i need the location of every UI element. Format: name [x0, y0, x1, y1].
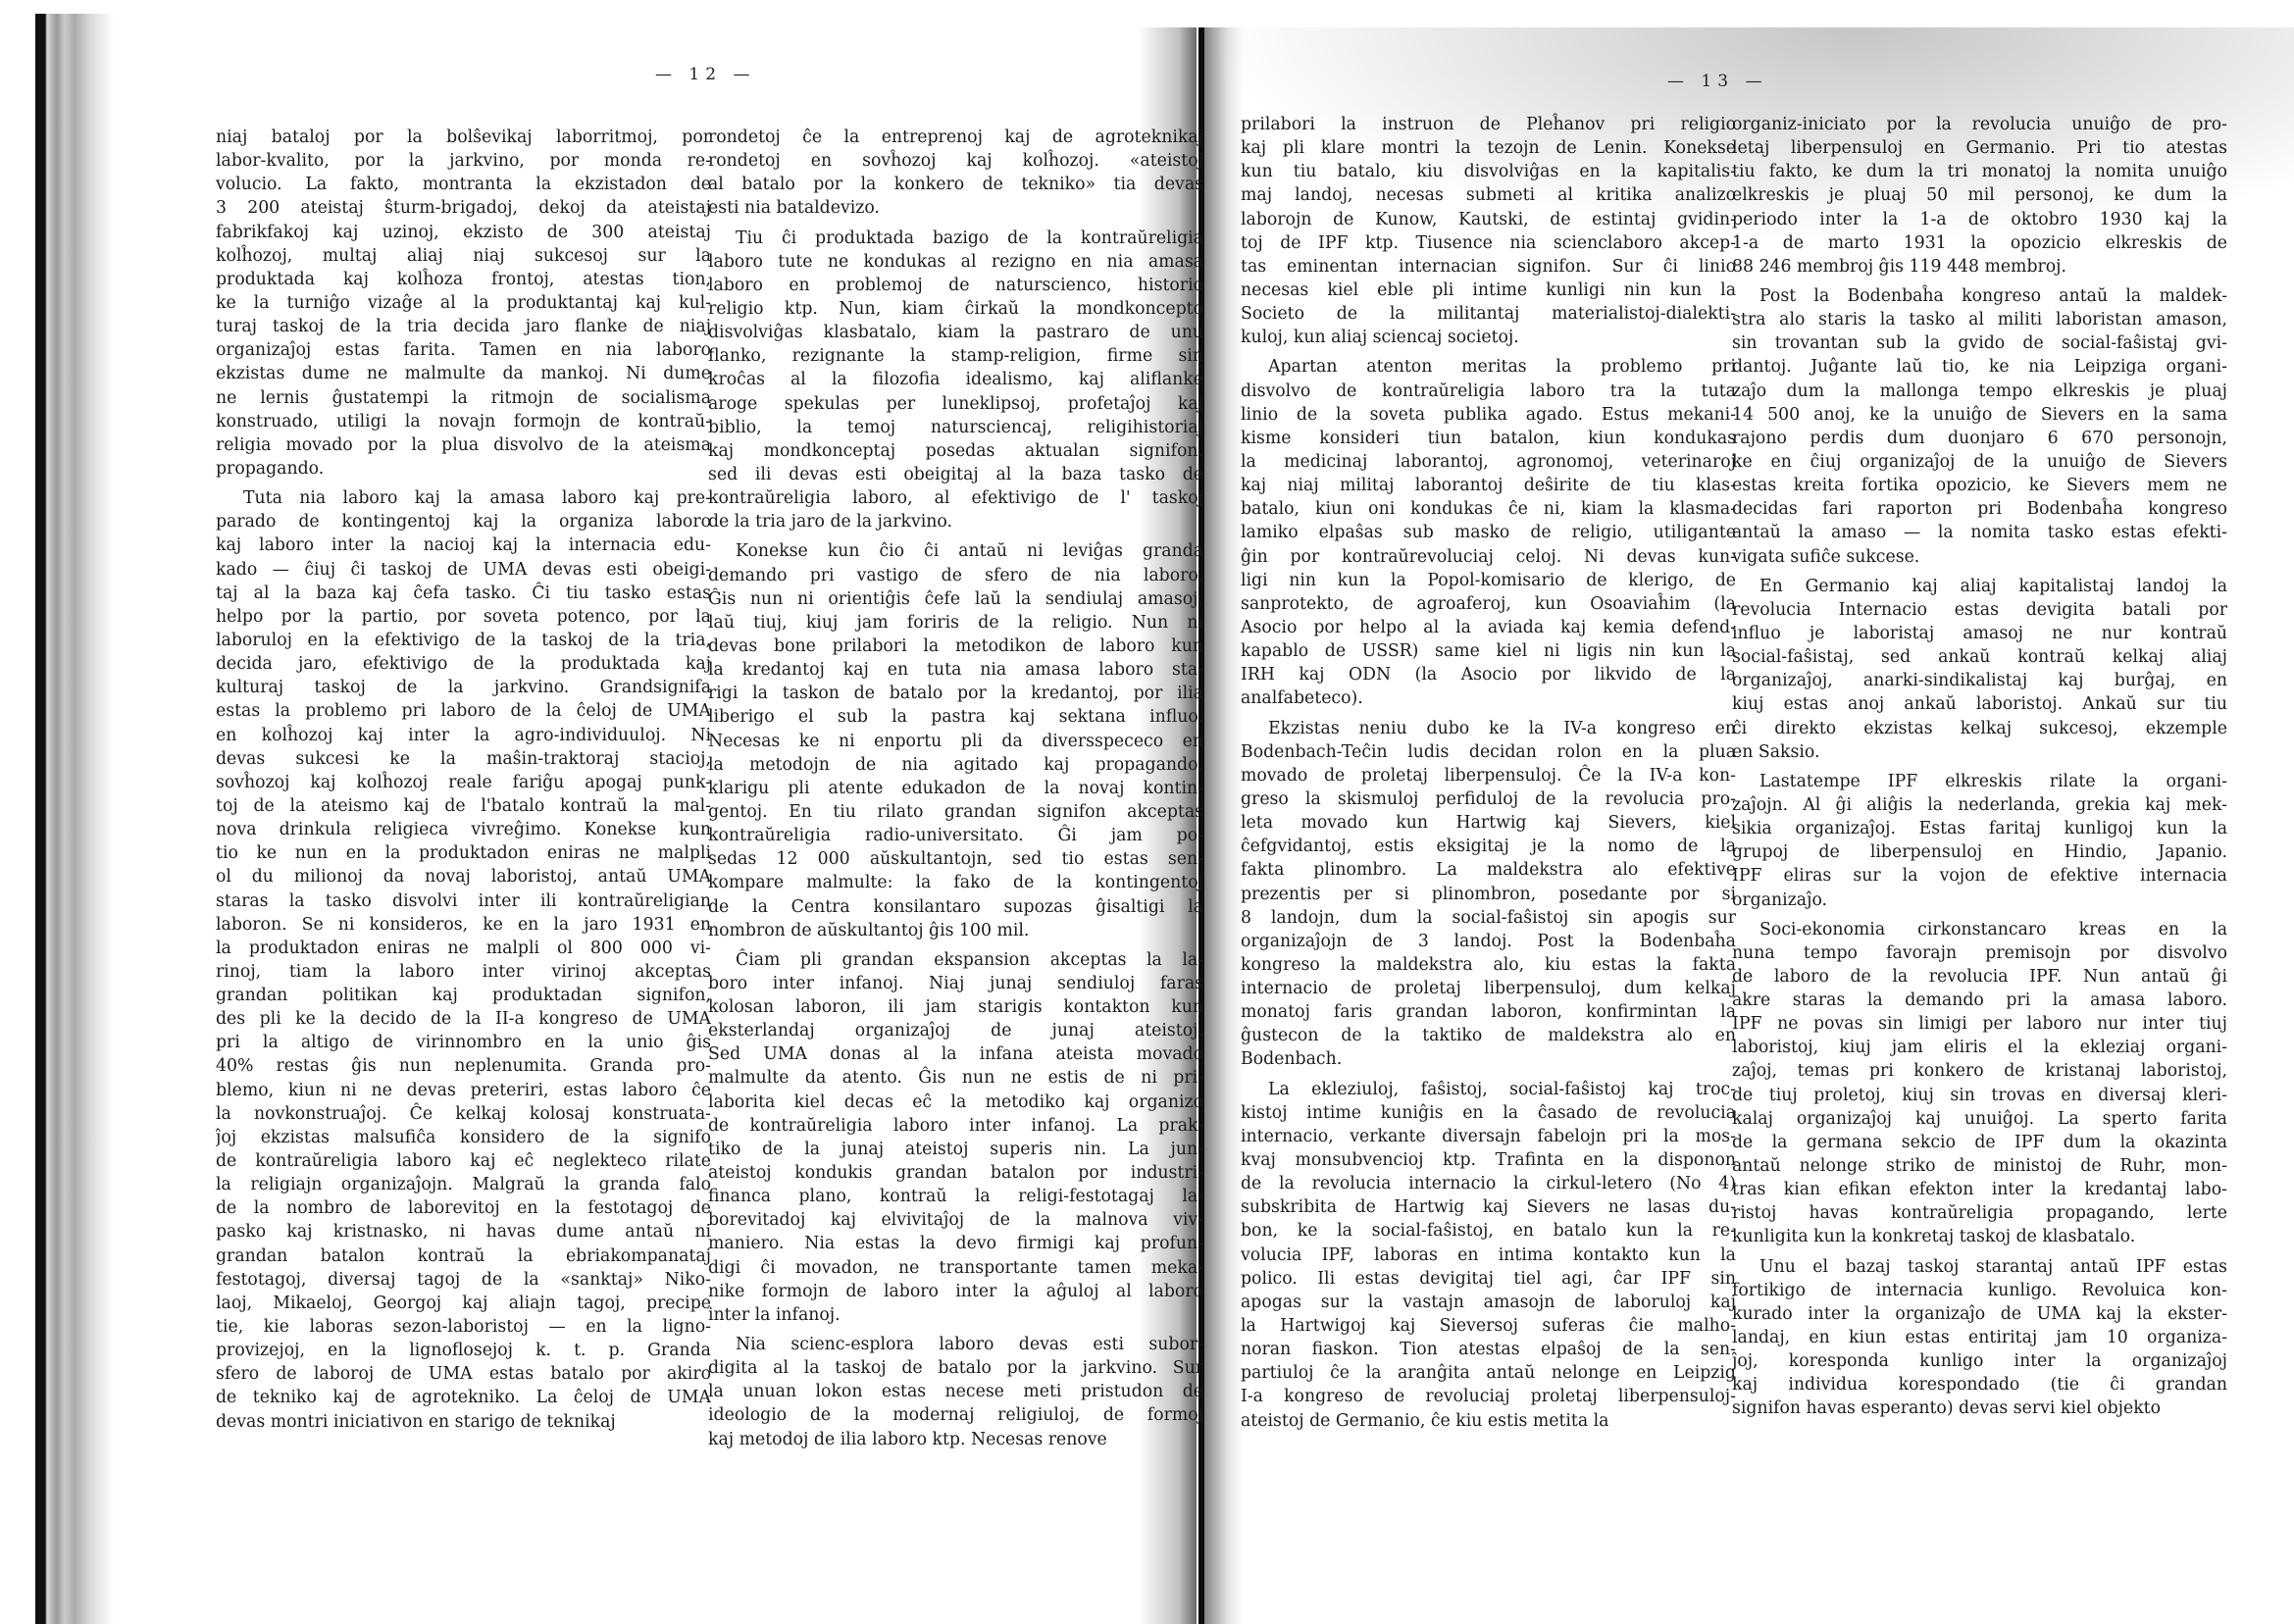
paragraph: Apartan atenton meritas la problemo prid… [1241, 355, 1736, 710]
text-line: kroĉas al la filozofia idealismo, kaj al… [708, 368, 1203, 391]
text-line: nuna tempo favorajn premisojn por disvol… [1732, 941, 2227, 965]
text-line: prilabori la instruon de Pleĥanov pri re… [1241, 113, 1736, 136]
text-line: grandan politikan kaj produktadan signif… [216, 984, 711, 1007]
text-line: ekzistas dume ne malmulte da mankoj. Ni … [216, 362, 711, 385]
text-line: La ekleziuloj, faŝistoj, social-faŝistoj… [1241, 1078, 1736, 1101]
text-line: internacio de proletaj liberpensuloj, du… [1241, 977, 1736, 1000]
text-line: organizaĵo. [1732, 888, 2227, 912]
text-line: flanko, rezignante la stamp-religion, fi… [708, 344, 1203, 368]
text-line: IPF eliras sur la vojon de efektive inte… [1732, 864, 2227, 888]
text-line: gentoj. En tiu rilato grandan signifon a… [708, 800, 1203, 824]
text-line: ol du milionoj da novaj laboristoj, anta… [216, 865, 711, 888]
text-line: laŭ tiuj, kiuj jam foriris de la religio… [708, 611, 1203, 634]
text-line: greso la skismuloj perfiduloj de la revo… [1241, 787, 1736, 811]
text-line: sanprotekto, de agroaferoj, kun Osoaviaĥ… [1241, 592, 1736, 616]
text-line: decida jaro, efektivigo de la produktada… [216, 652, 711, 676]
text-line: de tekniko kaj de agrotekniko. La ĉeloj … [216, 1386, 711, 1409]
text-line: batalo, kiun oni kondukas ĉe ni, kiam la… [1241, 497, 1736, 521]
text-line: 8 landojn, dum la social-faŝistoj sin ap… [1241, 906, 1736, 930]
text-line: kun tiu batalo, kiu disvolviĝas en la ka… [1241, 160, 1736, 183]
text-line: laboristoj, kiuj jam eliris el la eklezi… [1732, 1036, 2227, 1059]
text-line: devas bone prilabori la metodikon de lab… [708, 634, 1203, 658]
text-line: ĉi direkto ekzistas kelkaj sukcesoj, ekz… [1732, 717, 2227, 740]
text-line: tie, kie laboras sezon-laboristoj — en l… [216, 1315, 711, 1339]
text-line: parado de kontingentoj kaj la organiza l… [216, 510, 711, 533]
text-line: laboron. Se ni konsideros, ke en la jaro… [216, 913, 711, 937]
paragraph: Nia scienc-esplora laboro devas esti sub… [708, 1333, 1203, 1451]
text-line: I-a kongreso de revoluciaj proletaj libe… [1241, 1385, 1736, 1408]
text-line: la unuan lokon estas necese meti pristud… [708, 1380, 1203, 1403]
paragraph: Unu el bazaj taskoj starantaj antaŭ IPF … [1732, 1255, 2227, 1421]
text-line: klarigu pli atente edukadon de la novaj … [708, 777, 1203, 800]
text-line: 88 246 membroj ĝis 119 448 membroj. [1732, 255, 2227, 279]
text-line: laborojn de Kunow, Kautski, de estintaj … [1241, 208, 1736, 231]
right-page-column-2: organiz-iniciato por la revolucia unuiĝo… [1732, 113, 2227, 1421]
text-line: staras la tasko disvolvi inter ili kontr… [216, 889, 711, 913]
text-line: laboro en problemoj de naturscienco, his… [708, 274, 1203, 297]
text-line: partiuloj ĉe la aranĝita antaŭ nelonge e… [1241, 1361, 1736, 1385]
text-line: religia movado por la plua disvolvo de l… [216, 433, 711, 457]
text-line: organizaĵoj, anarki-sindikalistaj kaj bu… [1732, 669, 2227, 692]
text-line: konstruado, utiligi la novajn formojn de… [216, 410, 711, 433]
text-line: rondetoj ĉe la entreprenoj kaj de agrote… [708, 126, 1203, 149]
right-page-column-1: prilabori la instruon de Pleĥanov pri re… [1241, 113, 1736, 1433]
text-line: eksterlandaj organizaĵoj de junaj ateist… [708, 1019, 1203, 1042]
text-line: sikia organizaĵoj. Estas faritaj kunligo… [1732, 817, 2227, 840]
text-line: kaj laboro inter la nacioj kaj la intern… [216, 533, 711, 557]
text-line: grandan batalon kontraŭ la ebriakompanat… [216, 1244, 711, 1268]
text-line: la novkonstruaĵoj. Ĉe kelkaj kolosaj kon… [216, 1102, 711, 1126]
text-line: pasko kaj kristnasko, ni havas dume anta… [216, 1220, 711, 1243]
text-line: maj landoj, necesas submeti al kritika a… [1241, 183, 1736, 207]
text-line: kongreso la maldekstra alo, kiu estas la… [1241, 953, 1736, 977]
text-line: kompare malmulte: la fako de la kontinge… [708, 871, 1203, 894]
text-line: la produktadon eniras ne malpli ol 800 0… [216, 937, 711, 960]
text-line: de la Centra konsilantaro supozas ĝisalt… [708, 895, 1203, 919]
text-line: bon, ke la social-faŝistoj, en batalo ku… [1241, 1219, 1736, 1243]
text-line: toj de IPF ktp. Tiusence nia scienclabor… [1241, 231, 1736, 255]
text-line: kaj individua korespondado (tie ĉi grand… [1732, 1373, 2227, 1396]
text-line: sin trovantan sub la gvido de social-faŝ… [1732, 331, 2227, 355]
text-line: propagando. [216, 457, 711, 481]
text-line: lamiko elpaŝas sub masko de religio, uti… [1241, 521, 1736, 544]
text-line: fortikigo de internacia kunligo. Revolui… [1732, 1279, 2227, 1302]
text-line: zaĵo dum la mallonga tempo elkreskis je … [1732, 380, 2227, 403]
paragraph: Soci-ekonomia cirkonstancaro kreas en la… [1732, 918, 2227, 1249]
text-line: kontraŭreligia radio-universitato. Ĝi ja… [708, 824, 1203, 847]
text-line: IPF ne povas sin limigi per laboro nur i… [1732, 1012, 2227, 1036]
page-number-left: — 12 — [655, 65, 755, 84]
text-line: revolucia Internacio estas devigita bata… [1732, 598, 2227, 622]
text-line: tras kian efikan efekton inter la kredan… [1732, 1178, 2227, 1201]
text-line: ateistoj kondukis grandan batalon por in… [708, 1161, 1203, 1185]
text-line: de la nombro de laborevitoj en la festot… [216, 1196, 711, 1220]
text-line: fabrikfakoj kaj uzinoj, ekzisto de 300 a… [216, 221, 711, 244]
text-line: sovĥozoj kaj kolĥozoj reale fariĝu apoga… [216, 771, 711, 794]
text-line: kapablo de USSR) same kiel ni ligis nin … [1241, 639, 1736, 663]
text-line: Sed UMA donas al la infana ateista movad… [708, 1042, 1203, 1066]
text-line: Ĝis nun ni orientiĝis ĉefe laŭ la sendiu… [708, 587, 1203, 611]
text-line: kisme konsideri tiun batalon, kiun kondu… [1241, 427, 1736, 450]
text-line: Ĉiam pli grandan ekspansion akceptas la … [708, 948, 1203, 972]
text-line: organizaĵojn de 3 landoj. Post la Bodenb… [1241, 930, 1736, 953]
text-line: ĵoj, korespondа kunligo inter la organiz… [1732, 1349, 2227, 1373]
text-line: de la revolucia internacio la cirkul-let… [1241, 1172, 1736, 1195]
text-line: rinoj, tiam la laboro inter virinoj akce… [216, 960, 711, 984]
text-line: kvaj monsubvencioj ktp. Trafinta en la d… [1241, 1148, 1736, 1172]
text-line: En Germanio kaj aliaj kapitalistaj lando… [1732, 575, 2227, 598]
text-line: la metodojn de nia agitado kaj propagand… [708, 753, 1203, 777]
text-line: kolosan laboron, ili jam starigis kontak… [708, 995, 1203, 1019]
text-line: signifon havas esperanto) devas servi ki… [1732, 1396, 2227, 1420]
text-line: Post la Bodenbaĥa kongreso antaŭ la mald… [1732, 284, 2227, 308]
text-line: social-faŝistaj, sed ankaŭ kontraŭ kelka… [1732, 645, 2227, 669]
text-line: aroge spekulas per luneklipsoj, profetaĵ… [708, 392, 1203, 416]
text-line: de tiuj proletoj, kiuj sin trovas en div… [1732, 1084, 2227, 1107]
text-line: al batalo por la konkero de tekniko» tia… [708, 173, 1203, 196]
paragraph: niaj bataloj por la bolŝevikaj laborritm… [216, 126, 711, 481]
text-line: ateistoj de Germanio, ĉe kiu estis metit… [1241, 1409, 1736, 1433]
text-line: Apartan atenton meritas la problemo pri [1241, 355, 1736, 379]
text-line: toj de la ateismo kaj de l'batalo kontra… [216, 794, 711, 818]
text-line: tiu fakto, ke dum la tri monatoj la nomi… [1732, 160, 2227, 183]
text-line: organizaĵoj estas farita. Tamen en nia l… [216, 338, 711, 362]
text-line: ligi nin kun la Popol-komisario de kleri… [1241, 569, 1736, 592]
text-line: en Saksio. [1732, 740, 2227, 764]
text-line: dantoj. Juĝante laŭ tio, ke nia Leipziga… [1732, 355, 2227, 379]
text-line: Unu el bazaj taskoj starantaj antaŭ IPF … [1732, 1255, 2227, 1279]
text-line: blemo, kiun ni ne devas preteriri, estas… [216, 1079, 711, 1102]
text-line: letaj liberpensuloj en Germanio. Pri tio… [1732, 136, 2227, 160]
text-line: laboruloj en la efektivigo de la taskoj … [216, 629, 711, 652]
text-line: la Hartwigoj kaj Sieversoj suferas ĉie m… [1241, 1314, 1736, 1338]
text-line: internacio, verkante diversajn fabelojn … [1241, 1125, 1736, 1148]
paragraph: Ekzistas neniu dubo ke la IV-a kongreso … [1241, 717, 1736, 1072]
text-line: esti nia bataldevizo. [708, 196, 1203, 220]
text-line: de kontraŭreligia laboro inter infanoj. … [708, 1114, 1203, 1138]
text-line: Nia scienc-esplora laboro devas esti sub… [708, 1333, 1203, 1356]
text-line: Tiu ĉi produktada bazigo de la kontraŭre… [708, 227, 1203, 250]
text-line: kolĥozoj, multaj aliaj niaj sukcesoj sur… [216, 244, 711, 268]
text-line: kulturaj taskoj de la jarkvino. Grandsig… [216, 676, 711, 699]
text-line: ĉefgvidantoj, estis eksigitaj je la nomo… [1241, 835, 1736, 858]
text-line: nova drinkula religieca vivreĝimo. Konek… [216, 818, 711, 841]
text-line: influo je laboristaj amasoj ne nur kontr… [1732, 622, 2227, 645]
text-line: devas sukcesi ke la maŝin-traktoraj stac… [216, 747, 711, 771]
page-number-right: — 13 — [1667, 72, 1767, 91]
text-line: kontraŭreligia laboro, al efektivigo de … [708, 486, 1203, 510]
text-line: elkreskis je pluaj 50 mil personoj, ke d… [1732, 183, 2227, 207]
text-line: digita al la taskoj de batalo por la jar… [708, 1356, 1203, 1380]
text-line: 40% restas ĝis nun neplenumita. Granda p… [216, 1054, 711, 1078]
text-line: digi ĉi movadon, ne transportante tamen … [708, 1256, 1203, 1280]
text-line: kalaj organizaĵoj kaj unuiĝoj. La sperto… [1732, 1107, 2227, 1131]
text-line: necesas kiel eble pli intime kunligi nin… [1241, 279, 1736, 302]
text-line: noran fiaskon. Tion atestas elpaŝoj de l… [1241, 1338, 1736, 1361]
text-line: IRH kaj ODN (la Asocio por likvido de la [1241, 663, 1736, 686]
text-line: kaj metodoj de ilia laboro ktp. Necesas … [708, 1428, 1203, 1451]
text-line: monatoj faris grandan laboron, konfirmin… [1241, 1000, 1736, 1024]
text-line: festotagoj, diversaj tagoj de la «sankta… [216, 1268, 711, 1292]
text-line: analfabeteco). [1241, 686, 1736, 710]
text-line: nike formojn de laboro inter la aĝuloj a… [708, 1280, 1203, 1303]
text-line: 1-a de marto 1931 la opozicio elkreskis … [1732, 231, 2227, 255]
text-line: de laboro de la revolucia IPF. Nun antaŭ… [1732, 965, 2227, 989]
text-line: apogas sur la vastajn amasojn de laborul… [1241, 1291, 1736, 1314]
text-line: helpo por la partio, por soveta potenco,… [216, 605, 711, 629]
text-line: antaŭ la amaso — la nomita tasko estas e… [1732, 521, 2227, 544]
text-line: Bodenbach. [1241, 1047, 1736, 1071]
text-line: la religiajn organizaĵojn. Malgraŭ la gr… [216, 1173, 711, 1196]
paragraph: prilabori la instruon de Pleĥanov pri re… [1241, 113, 1736, 349]
text-line: ĝin por kontraŭrevoluciaj celoj. Ni deva… [1241, 545, 1736, 569]
text-line: borevitadoj kaj elvivitaĵoj de la malnov… [708, 1208, 1203, 1232]
text-line: ĝustecon de la taktiko de maldekstra alo… [1241, 1024, 1736, 1047]
text-line: demando pri vastigo de sfero de nia labo… [708, 564, 1203, 587]
text-line: zaĵojn. Al ĝi aliĝis la nederlanda, grek… [1732, 793, 2227, 817]
text-line: organiz-iniciato por la revolucia unuiĝo… [1732, 113, 2227, 136]
text-line: volucio. La fakto, montranta la ekzistad… [216, 173, 711, 196]
text-line: ke en ĉiuj organizaĵoj de la unuiĝo de S… [1732, 450, 2227, 474]
text-line: ristoj havas kontraŭreligia propagando, … [1732, 1201, 2227, 1225]
text-line: Konekse kun ĉio ĉi antaŭ ni leviĝas gran… [708, 539, 1203, 563]
text-line: biblio, la temoj natursciencaj, religihi… [708, 416, 1203, 439]
paragraph: Konekse kun ĉio ĉi antaŭ ni leviĝas gran… [708, 539, 1203, 941]
text-line: Tuta nia laboro kaj la amasa laboro kaj … [216, 486, 711, 510]
text-line: Societo de la militantaj materialistoj-d… [1241, 302, 1736, 326]
text-line: estas la problemo pri laboro de la ĉeloj… [216, 699, 711, 723]
text-line: decidas fari raporton pri Bodenbaĥa kong… [1732, 497, 2227, 521]
spine-shadow-right [1204, 27, 1244, 1624]
text-line: de la germana sekcio de IPF dum la okazi… [1732, 1131, 2227, 1154]
text-line: fakta plinombro. La maldekstra alo efekt… [1241, 858, 1736, 882]
text-line: 3 200 ateistaj ŝturm-brigadoj, dekoj da … [216, 196, 711, 220]
text-line: la medicinaj laborantoj, agronomoj, vete… [1241, 450, 1736, 474]
text-line: estas kreita fortika opozicio, ke Siever… [1732, 474, 2227, 497]
text-line: kistoj intime kuniĝis en la ĉasado de re… [1241, 1101, 1736, 1125]
text-line: ideologio de la modernaj religiuloj, de … [708, 1403, 1203, 1427]
text-line: de kontraŭreligia laboro kaj eĉ neglekte… [216, 1149, 711, 1173]
text-line: 14 500 anoj, ke la unuiĝo de Sievers en … [1732, 403, 2227, 427]
text-line: disvolvo de kontraŭreligia laboro tra la… [1241, 380, 1736, 403]
text-line: en kolĥozoj kaj inter la agro-individuul… [216, 724, 711, 747]
paragraph: En Germanio kaj aliaj kapitalistaj lando… [1732, 575, 2227, 764]
text-line: laboro tute ne kondukas al rezigno en ni… [708, 250, 1203, 274]
text-line: ke la turniĝo vizaĝe al la produktantaj … [216, 291, 711, 315]
left-page-column-1: niaj bataloj por la bolŝevikaj laborritm… [216, 126, 711, 1434]
text-line: laborita kiel decas eĉ la metodiko kaj o… [708, 1091, 1203, 1114]
text-line: des pli ke la decido de la II-a kongreso… [216, 1007, 711, 1031]
text-line: sed ili devas esti obeigitaj al la baza … [708, 463, 1203, 486]
text-line: la kredantoj kaj en tuta nia amasa labor… [708, 658, 1203, 682]
text-line: financa plano, kontraŭ la religi-festota… [708, 1185, 1203, 1208]
text-line: ne lernis ĝustatempi la ritmojn de socia… [216, 386, 711, 410]
text-line: kurado inter la organizaĵo de UMA kaj la… [1732, 1302, 2227, 1326]
text-line: liberigo el sub la pastra kaj sektana in… [708, 705, 1203, 729]
paragraph: Post la Bodenbaĥa kongreso antaŭ la mald… [1732, 284, 2227, 569]
text-line: inter la infanoj. [708, 1303, 1203, 1327]
text-line: Soci-ekonomia cirkonstancaro kreas en la [1732, 918, 2227, 941]
text-line: zaĵoj, temas pri konkero de kristanaj la… [1732, 1059, 2227, 1083]
text-line: laoj, Mikaeloj, Georgoj kaj aliajn tagoj… [216, 1292, 711, 1315]
text-line: leta movado kun Hartwig kaj Sievers, kie… [1241, 811, 1736, 835]
text-line: maniero. Nia estas la devo firmigi kaj p… [708, 1232, 1203, 1255]
text-line: antaŭ nelonge striko de ministoj de Ruhr… [1732, 1154, 2227, 1178]
paragraph: Tiu ĉi produktada bazigo de la kontraŭre… [708, 227, 1203, 534]
text-line: pri la altigo de virinnombro en la unio … [216, 1031, 711, 1054]
text-line: grupoj de liberpensuloj en Hindio, Japan… [1732, 840, 2227, 864]
text-line: disvolviĝas klasbatalo, kiam la pastraro… [708, 321, 1203, 344]
text-line: Ekzistas neniu dubo ke la IV-a kongreso … [1241, 717, 1736, 740]
text-line: ĵoj ekzistas malsufiĉa konsidero de la s… [216, 1126, 711, 1149]
text-line: subskribita de Hartwig kaj Sievers ne la… [1241, 1195, 1736, 1219]
left-page-column-2: rondetoj ĉe la entreprenoj kaj de agrote… [708, 126, 1203, 1451]
text-line: periodo inter la 1-a de oktobro 1930 kaj… [1732, 208, 2227, 231]
text-line: devas montri iniciativon en starigo de t… [216, 1410, 711, 1434]
text-line: taj al la baza kaj ĉefa tasko. Ĉi tiu ta… [216, 582, 711, 605]
text-line: kaj niaj militaj laborantoj deŝirite de … [1241, 474, 1736, 497]
text-line: kuloj, kun aliaj sciencaj societoj. [1241, 326, 1736, 349]
text-line: labor-kvalito, por la jarkvino, por mond… [216, 149, 711, 173]
paragraph: rondetoj ĉe la entreprenoj kaj de agrote… [708, 126, 1203, 221]
paragraph: Lastatempe IPF elkreskis rilate la organ… [1732, 770, 2227, 912]
text-line: prezentis per si plinombron, posedante p… [1241, 883, 1736, 906]
text-line: nombron de aŭskultantoj ĝis 100 mil. [708, 919, 1203, 942]
text-line: linio de la soveta publika agado. Estus … [1241, 403, 1736, 427]
text-line: tiko de la junaj ateistoj superis nin. L… [708, 1138, 1203, 1161]
paragraph: Ĉiam pli grandan ekspansion akceptas la … [708, 948, 1203, 1327]
text-line: tas eminentan internacian signifon. Sur … [1241, 255, 1736, 279]
text-line: stra alo staris la tasko al militi labor… [1732, 308, 2227, 331]
text-line: turaj taskoj de la tria decida jaro flan… [216, 315, 711, 338]
text-line: kado — ĉiuj ĉi taskoj de UMA devas esti … [216, 558, 711, 582]
text-line: kunligita kun la konkretaj taskoj de kla… [1732, 1225, 2227, 1248]
paragraph: organiz-iniciato por la revolucia unuiĝo… [1732, 113, 2227, 279]
text-line: produktada kaj kolĥoza frontoj, atestas … [216, 268, 711, 291]
text-line: tio ke nun en la produktadon eniras ne m… [216, 841, 711, 865]
text-line: polico. Ili estas devigitaj tiel agi, ĉa… [1241, 1267, 1736, 1291]
text-line: sfero de laboroj de UMA estas batalo por… [216, 1362, 711, 1386]
text-line: rigi la taskon de batalo por la kredanto… [708, 682, 1203, 705]
book-page-edges [35, 14, 114, 1624]
text-line: Lastatempe IPF elkreskis rilate la organ… [1732, 770, 2227, 793]
text-line: provizejoj, en la lignoflosejoj k. t. p.… [216, 1339, 711, 1362]
text-line: kiuj estas anoj ankaŭ laboristoj. Ankaŭ … [1732, 692, 2227, 716]
text-line: Necesas ke ni enportu pli da diversspece… [708, 730, 1203, 753]
text-line: movado de proletaj liberpensuloj. Ĉe la … [1241, 764, 1736, 787]
text-line: boro inter infanoj. Niaj junaj sendiuloj… [708, 972, 1203, 995]
text-line: sedas 12 000 aŭskultantojn, sed tio esta… [708, 847, 1203, 871]
text-line: religio ktp. Nun, kiam ĉirkaŭ la mondkon… [708, 297, 1203, 321]
text-line: malmulte da atento. Ĝis nun ne estis de … [708, 1066, 1203, 1090]
text-line: kaj pli klare montri la tezojn de Lenin.… [1241, 136, 1736, 160]
text-line: de la tria jaro de la jarkvino. [708, 510, 1203, 533]
text-line: niaj bataloj por la bolŝevikaj laborritm… [216, 126, 711, 149]
text-line: kaj mondkonceptaj posedas aktualan signi… [708, 439, 1203, 463]
paragraph: Tuta nia laboro kaj la amasa laboro kaj … [216, 486, 711, 1434]
text-line: vigata sufiĉe sukcese. [1732, 545, 2227, 569]
text-line: akre staras la demando pri la amasa labo… [1732, 989, 2227, 1012]
text-line: Bodenbach-Teĉin ludis decidan rolon en l… [1241, 740, 1736, 764]
text-line: rajono perdis dum duonjaro 6 670 persono… [1732, 427, 2227, 450]
text-line: Asocio por helpo al la aviada kaj kemia … [1241, 616, 1736, 639]
text-line: landaj, en kiun estas entiritaj jam 10 o… [1732, 1326, 2227, 1349]
text-line: volucia IPF, laboras en intima kontakto … [1241, 1243, 1736, 1267]
text-line: rondetoj en sovĥozoj kaj kolĥozoj. «atei… [708, 149, 1203, 173]
paragraph: La ekleziuloj, faŝistoj, social-faŝistoj… [1241, 1078, 1736, 1433]
